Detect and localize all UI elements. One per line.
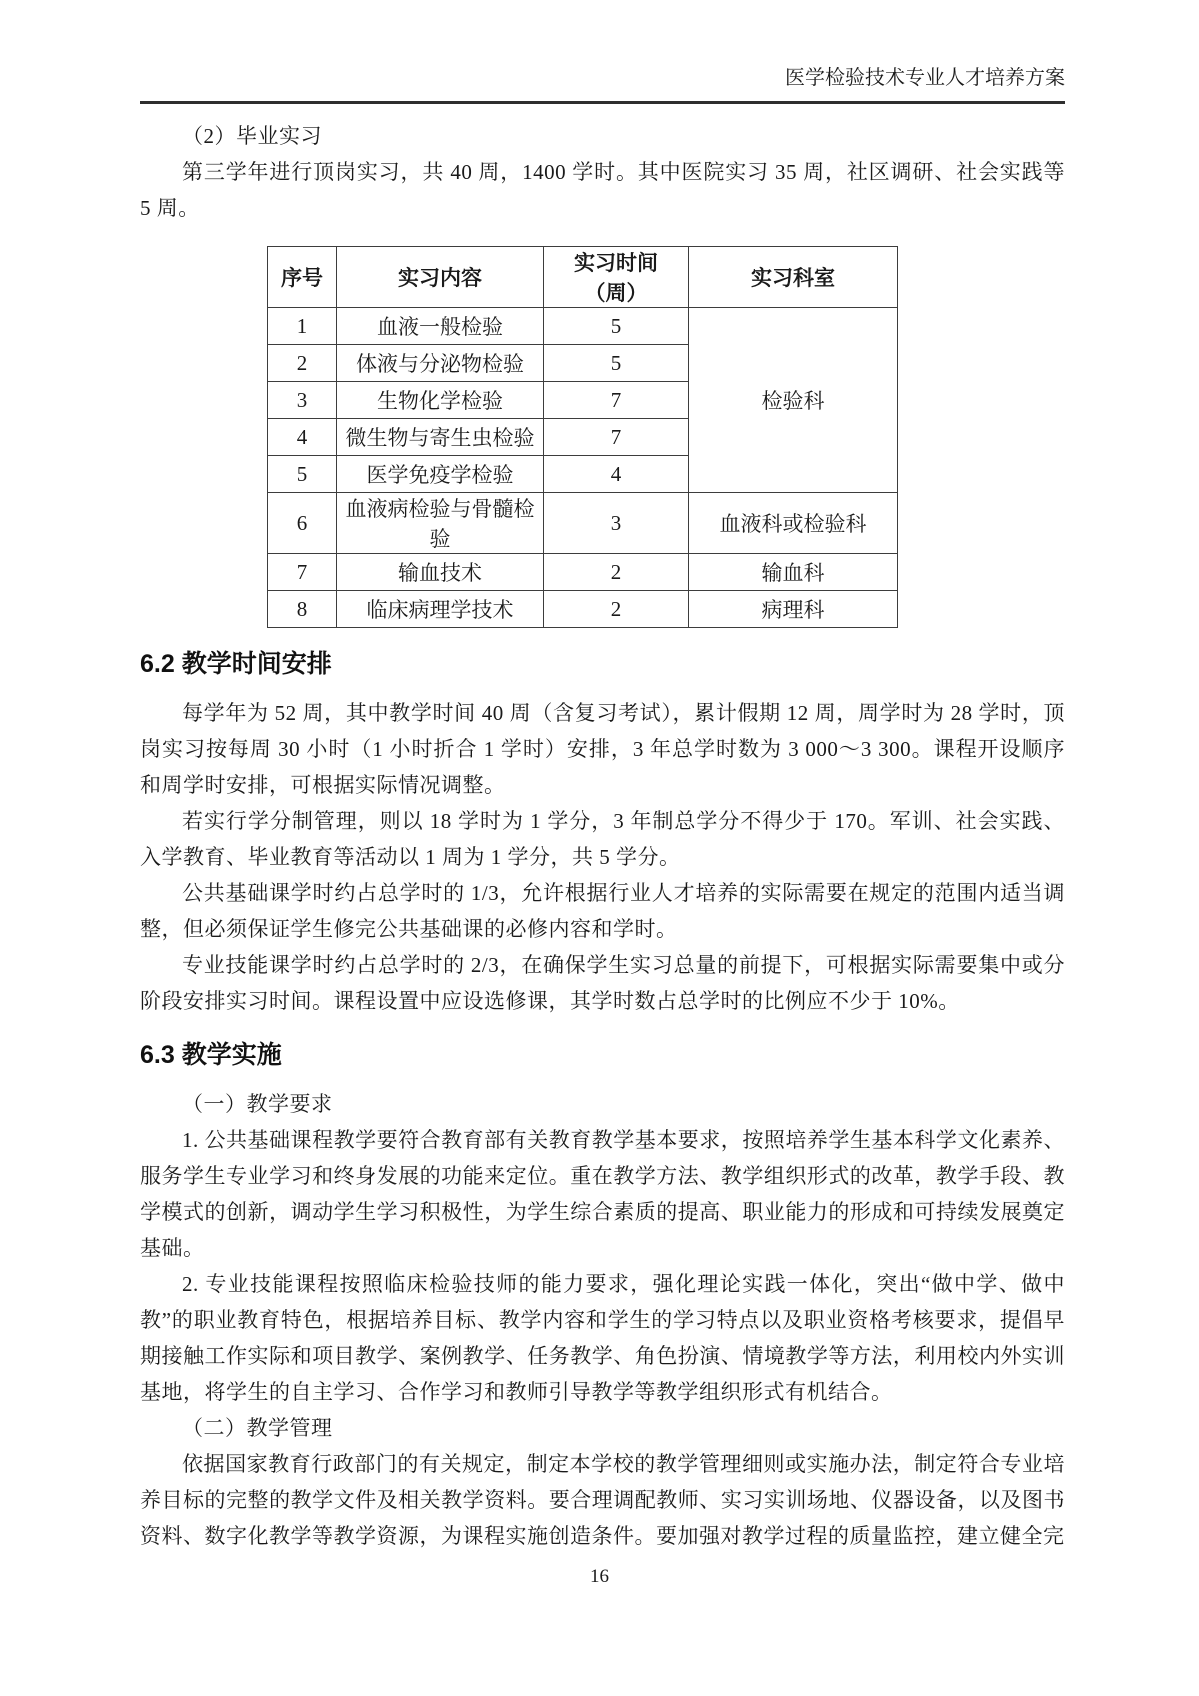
cell-weeks: 5 xyxy=(544,308,689,345)
page-header-title: 医学检验技术专业人才培养方案 xyxy=(785,67,1065,89)
cell-content: 临床病理学技术 xyxy=(337,591,544,628)
column-header-content: 实习内容 xyxy=(337,247,544,308)
paragraph-6-2-1: 每学年为 52 周，其中教学时间 40 周（含复习考试），累计假期 12 周，周… xyxy=(140,695,1065,803)
cell-weeks: 3 xyxy=(544,493,689,554)
table-row: 6 血液病检验与骨髓检验 3 血液科或检验科 xyxy=(268,493,898,554)
section-heading-6-3: 6.3 教学实施 xyxy=(140,1039,1065,1072)
cell-no: 4 xyxy=(268,419,337,456)
table-row: 8 临床病理学技术 2 病理科 xyxy=(268,591,898,628)
table-row: 7 输血技术 2 输血科 xyxy=(268,554,898,591)
paragraph-graduation-intro: 第三学年进行顶岗实习，共 40 周，1400 学时。其中医院实习 35 周，社区… xyxy=(140,154,1065,226)
cell-dept: 血液科或检验科 xyxy=(689,493,898,554)
cell-no: 6 xyxy=(268,493,337,554)
cell-content: 血液病检验与骨髓检验 xyxy=(337,493,544,554)
paragraph-6-3-1: 1. 公共基础课程教学要符合教育部有关教育教学基本要求，按照培养学生基本科学文化… xyxy=(140,1122,1065,1266)
page-footer: 16 xyxy=(0,1566,1199,1588)
cell-dept-merged: 检验科 xyxy=(689,308,898,493)
subsection-heading-teaching-requirements: （一）教学要求 xyxy=(140,1086,1065,1122)
cell-content: 输血技术 xyxy=(337,554,544,591)
table-row: 1 血液一般检验 5 检验科 xyxy=(268,308,898,345)
document-page: 医学检验技术专业人才培养方案 （2）毕业实习 第三学年进行顶岗实习，共 40 周… xyxy=(0,0,1199,1696)
cell-content: 生物化学检验 xyxy=(337,382,544,419)
table-header-row: 序号 实习内容 实习时间（周） 实习科室 xyxy=(268,247,898,308)
cell-no: 1 xyxy=(268,308,337,345)
paragraph-6-3-2: 2. 专业技能课程按照临床检验技师的能力要求，强化理论实践一体化，突出“做中学、… xyxy=(140,1266,1065,1410)
cell-weeks: 7 xyxy=(544,382,689,419)
column-header-dept: 实习科室 xyxy=(689,247,898,308)
cell-no: 3 xyxy=(268,382,337,419)
cell-weeks: 7 xyxy=(544,419,689,456)
cell-no: 5 xyxy=(268,456,337,493)
cell-weeks: 4 xyxy=(544,456,689,493)
cell-content: 血液一般检验 xyxy=(337,308,544,345)
cell-content: 医学免疫学检验 xyxy=(337,456,544,493)
cell-no: 8 xyxy=(268,591,337,628)
page-header: 医学检验技术专业人才培养方案 xyxy=(140,64,1065,104)
cell-weeks: 5 xyxy=(544,345,689,382)
section-heading-6-2: 6.2 教学时间安排 xyxy=(140,648,1065,681)
internship-table: 序号 实习内容 实习时间（周） 实习科室 1 血液一般检验 5 检验科 2 体液… xyxy=(267,246,898,628)
subsection-heading-graduation-practice: （2）毕业实习 xyxy=(140,118,1065,154)
cell-no: 7 xyxy=(268,554,337,591)
page-number: 16 xyxy=(590,1566,609,1587)
paragraph-6-2-3: 公共基础课学时约占总学时的 1/3，允许根据行业人才培养的实际需要在规定的范围内… xyxy=(140,875,1065,947)
paragraph-6-2-2: 若实行学分制管理，则以 18 学时为 1 学分，3 年制总学分不得少于 170。… xyxy=(140,803,1065,875)
cell-dept: 病理科 xyxy=(689,591,898,628)
cell-weeks: 2 xyxy=(544,554,689,591)
cell-no: 2 xyxy=(268,345,337,382)
cell-dept: 输血科 xyxy=(689,554,898,591)
column-header-no: 序号 xyxy=(268,247,337,308)
cell-content: 体液与分泌物检验 xyxy=(337,345,544,382)
column-header-weeks: 实习时间（周） xyxy=(544,247,689,308)
paragraph-6-2-4: 专业技能课学时约占总学时的 2/3，在确保学生实习总量的前提下，可根据实际需要集… xyxy=(140,947,1065,1019)
cell-weeks: 2 xyxy=(544,591,689,628)
paragraph-6-3-3: 依据国家教育行政部门的有关规定，制定本学校的教学管理细则或实施办法，制定符合专业… xyxy=(140,1446,1065,1554)
subsection-heading-teaching-management: （二）教学管理 xyxy=(140,1410,1065,1446)
cell-content: 微生物与寄生虫检验 xyxy=(337,419,544,456)
